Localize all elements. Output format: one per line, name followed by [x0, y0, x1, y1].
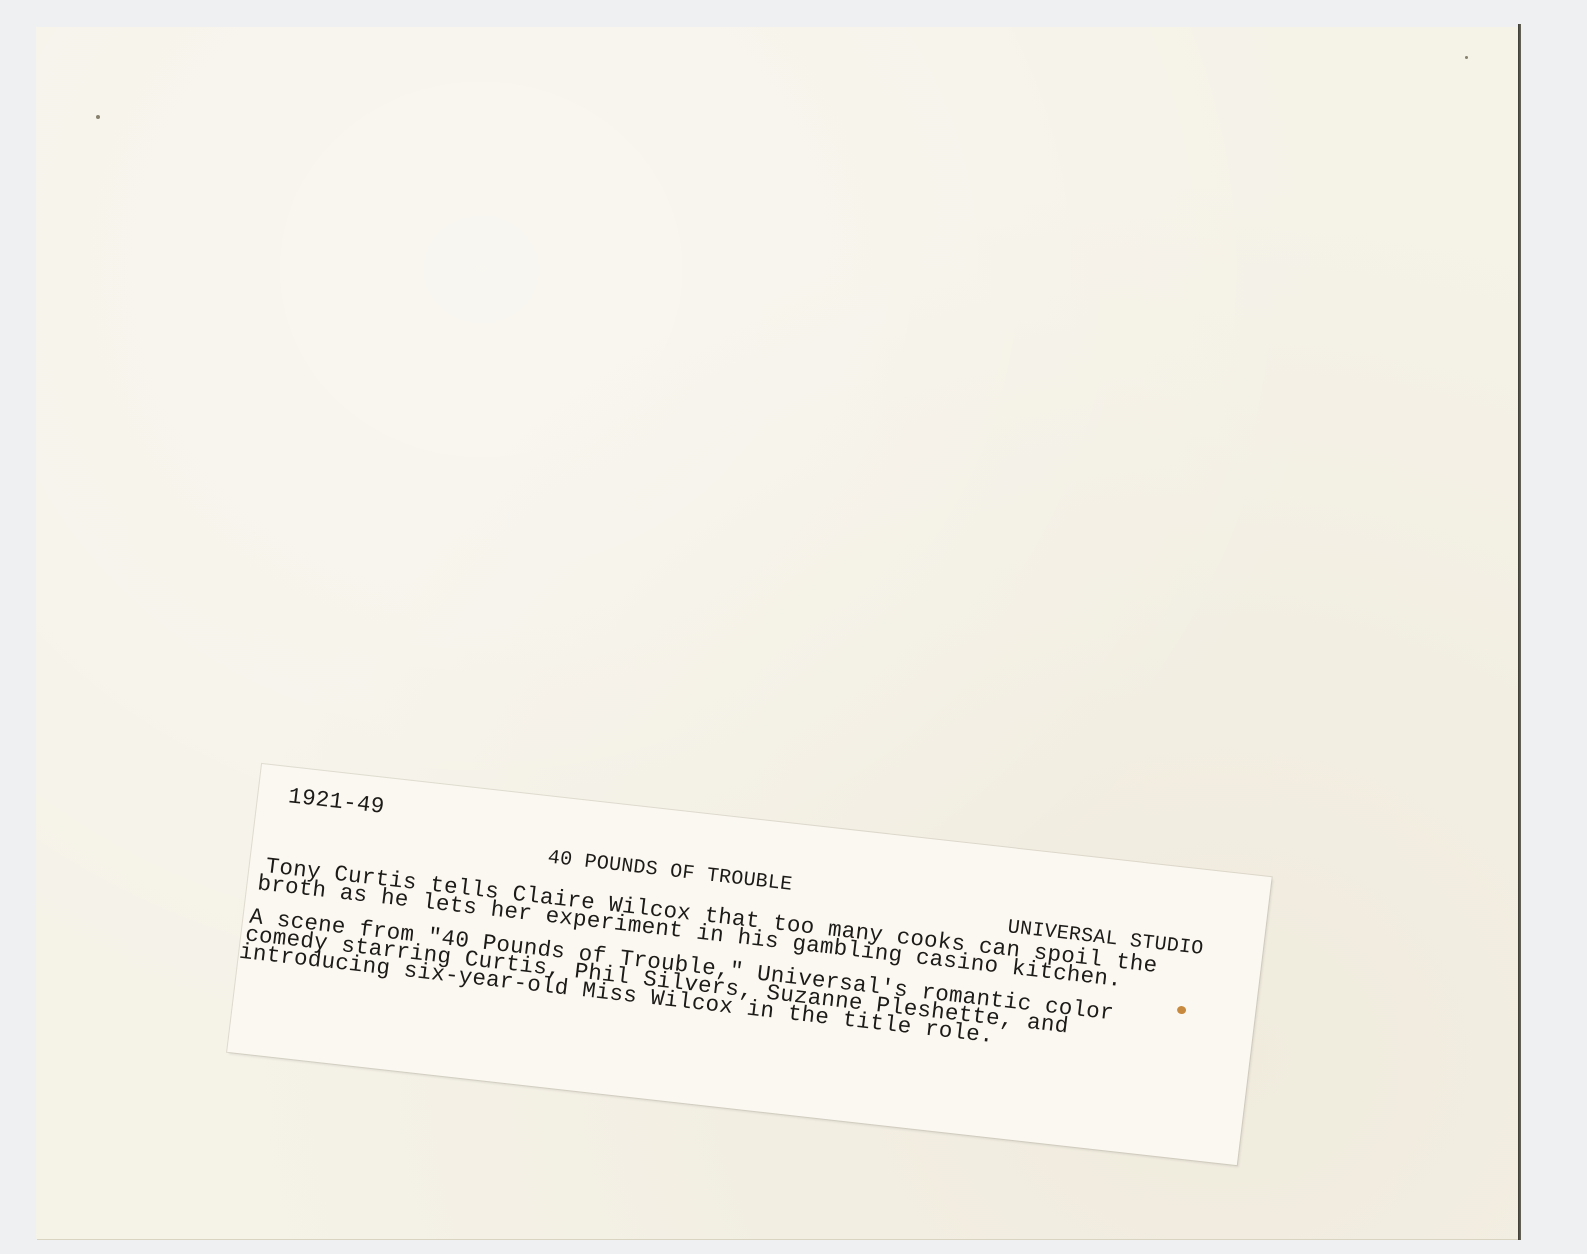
ink-stain: [1177, 1006, 1187, 1015]
catalog-number: 1921-49: [287, 785, 386, 818]
photo-edge-shadow: [1518, 24, 1521, 1240]
paper-speck: [96, 115, 100, 119]
paper-speck: [1465, 56, 1468, 59]
